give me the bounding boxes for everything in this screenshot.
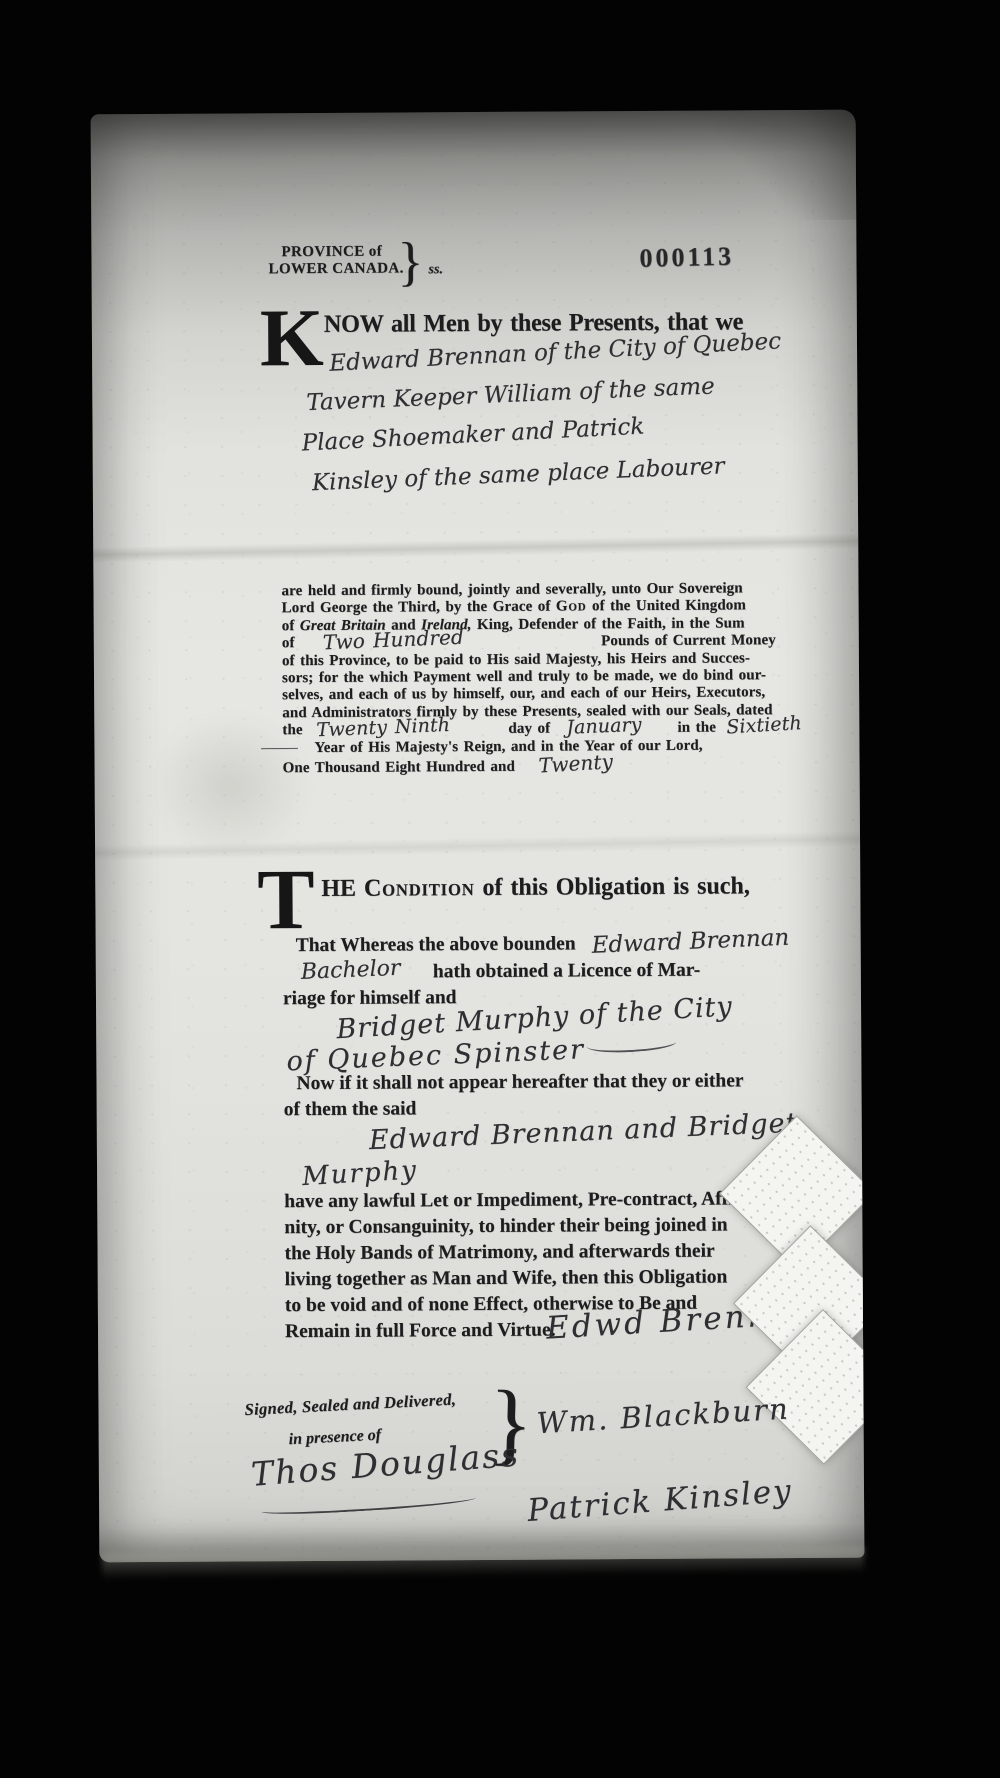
condition-line: of them the said bbox=[284, 1096, 417, 1123]
province-caption-line2: LOWER CANADA. bbox=[268, 260, 403, 278]
bond-text: in the bbox=[677, 720, 716, 738]
bond-line: One Thousand Eight Hundred andTwenty bbox=[283, 754, 777, 777]
bond-text: day of bbox=[508, 721, 550, 739]
handwritten-dash: ——— bbox=[260, 740, 296, 756]
condition-line: hath obtained a Licence of Mar- bbox=[433, 958, 701, 986]
scan-background: PROVINCE of LOWER CANADA. } ss. 000113 K… bbox=[0, 0, 1000, 1778]
condition-heading-pre: HE bbox=[321, 875, 364, 902]
bond-text: One Thousand Eight Hundred and bbox=[283, 759, 515, 776]
document-page: PROVINCE of LOWER CANADA. } ss. 000113 K… bbox=[91, 110, 865, 1563]
paper-edge-shadow bbox=[102, 1547, 864, 1580]
pen-flourish bbox=[586, 1033, 677, 1056]
bond-text: of bbox=[282, 618, 300, 634]
signature-blackburn: Wm. Blackburn bbox=[536, 1392, 791, 1441]
handwritten-sum: Two Hundred bbox=[322, 629, 464, 652]
handwritten-parties-line: Place Shoemaker and Patrick bbox=[301, 414, 645, 457]
condition-text: That Whereas the above bounden bbox=[296, 933, 576, 956]
handwritten-bachelor: Bachelor bbox=[300, 956, 401, 985]
bond-text: Year of His Majesty's Reign, and in the … bbox=[314, 737, 702, 755]
dropcap-t: T bbox=[257, 865, 315, 934]
condition-heading-smallcaps: Condition bbox=[364, 874, 475, 902]
handwritten-parties-line: Tavern Keeper William of the same bbox=[306, 373, 715, 416]
handwritten-day: Twenty Ninth bbox=[316, 717, 450, 740]
condition-line: have any lawful Let or Impediment, Pre-c… bbox=[284, 1186, 740, 1215]
handwritten-couple-line1: Edward Brennan and Bridget bbox=[368, 1108, 798, 1157]
signature-underline-flourish bbox=[261, 1492, 476, 1517]
handwritten-regnal-year: Sixtieth bbox=[725, 715, 801, 737]
bond-text: King, Defender of the Faith, in the Sum bbox=[471, 615, 744, 633]
bond-paragraph: are held and firmly bound, jointly and s… bbox=[281, 580, 776, 777]
condition-heading: HE Condition of this Obligation is such, bbox=[321, 872, 750, 903]
handwritten-month: January bbox=[566, 717, 642, 737]
bond-god-smallcaps: God bbox=[556, 599, 587, 615]
handwritten-couple-line2: Murphy bbox=[301, 1155, 418, 1192]
condition-line: Remain in full Force and Virtue. bbox=[285, 1318, 556, 1346]
bond-text: of bbox=[282, 635, 295, 652]
handwritten-parties-line: Kinsley of the same place Labourer bbox=[311, 453, 725, 496]
bond-text: Pounds of Current Money bbox=[601, 632, 776, 650]
attestation-line1: Signed, Sealed and Delivered, bbox=[244, 1390, 456, 1421]
province-brace: } bbox=[397, 230, 423, 292]
condition-line: the Holy Bands of Matrimony, and afterwa… bbox=[284, 1239, 714, 1268]
bond-line: ———Year of His Majesty's Reign, and in t… bbox=[282, 737, 776, 757]
condition-line: nity, or Consanguinity, to hinder their … bbox=[284, 1212, 727, 1241]
handwritten-year: Twenty bbox=[538, 753, 613, 775]
condition-line: That Whereas the above boundenEdward Bre… bbox=[296, 928, 790, 959]
province-caption-line1: PROVINCE of bbox=[281, 244, 382, 262]
corner-fold-shading bbox=[667, 110, 864, 221]
condition-line: Now if it shall not appear hereafter tha… bbox=[296, 1068, 743, 1097]
bond-text: of the United Kingdom bbox=[586, 598, 746, 615]
signature-kinsley: Patrick Kinsley bbox=[526, 1473, 794, 1529]
handwritten-bounden-name: Edward Brennan bbox=[591, 925, 790, 959]
serial-number-stamp: 000113 bbox=[639, 242, 734, 274]
bond-text: Lord George the Third, by the Grace of bbox=[282, 599, 556, 617]
bond-text: the bbox=[282, 722, 302, 740]
ss-abbreviation: ss. bbox=[428, 262, 443, 278]
condition-line: living together as Man and Wife, then th… bbox=[285, 1264, 728, 1293]
horizontal-crease bbox=[93, 533, 858, 563]
condition-heading-post: of this Obligation is such, bbox=[474, 872, 749, 901]
dropcap-k: K bbox=[260, 305, 324, 371]
